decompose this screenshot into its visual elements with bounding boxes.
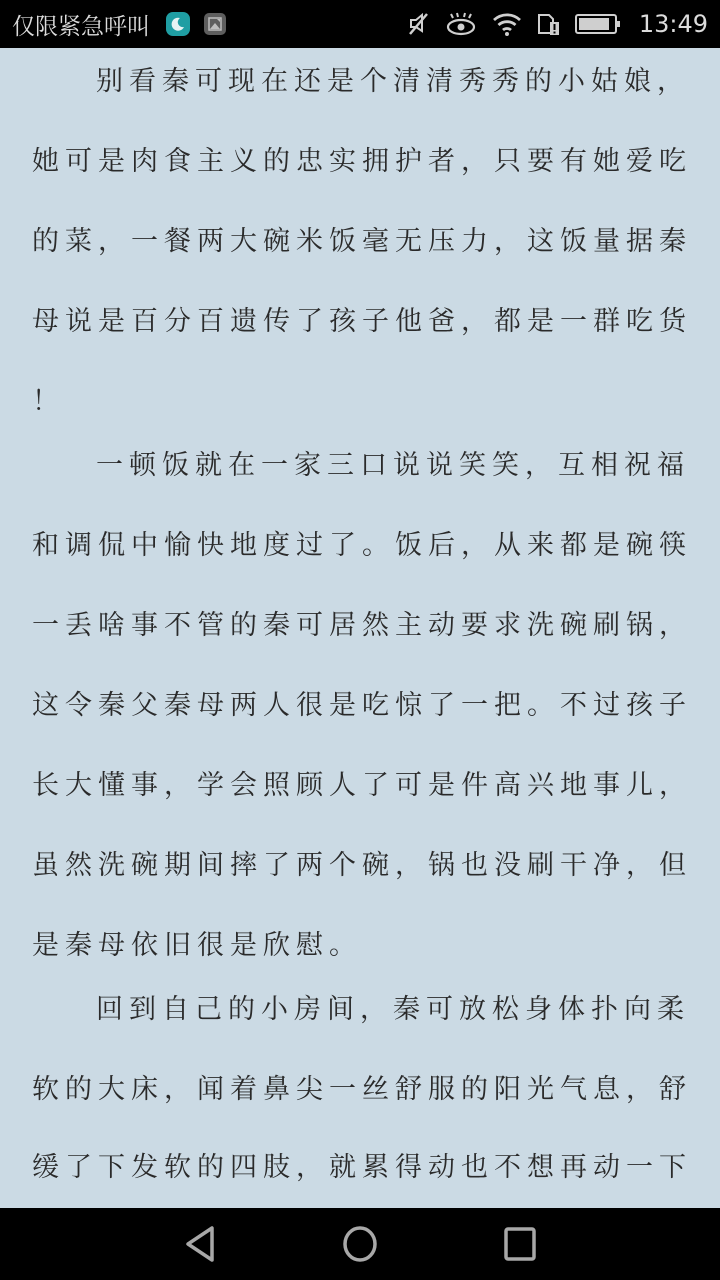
text-line: 回到自己的小房间，秦可放松身体扑向柔 (96, 990, 720, 1030)
battery-icon (575, 11, 621, 37)
wifi-icon (491, 11, 523, 37)
status-left: 仅限紧急呼叫 (12, 0, 226, 48)
navigation-bar (0, 1208, 720, 1280)
text-line: 和调侃中愉快地度过了。饭后，从来都是碗筷 (32, 526, 692, 566)
text-line: ！ (32, 382, 692, 422)
reader-page[interactable]: 别看秦可现在还是个清清秀秀的小姑娘， 她可是肉食主义的忠实拥护者，只要有她爱吃 … (0, 48, 720, 1208)
text-line: 一丢啥事不管的秦可居然主动要求洗碗刷锅， (32, 606, 692, 646)
text-line: 长大懂事，学会照顾人了可是件高兴地事儿， (32, 766, 692, 806)
mute-icon (407, 11, 431, 37)
status-bar: 仅限紧急呼叫 (0, 0, 720, 48)
carrier-text: 仅限紧急呼叫 (12, 8, 150, 41)
text-line: 是秦母依旧很是欣慰。 (32, 926, 692, 966)
text-line: 这令秦父秦母两人很是吃惊了一把。不过孩子 (32, 686, 692, 726)
text-line: 一顿饭就在一家三口说说笑笑，互相祝福 (96, 446, 720, 486)
night-mode-icon (166, 12, 190, 36)
status-right: 13:49 (407, 0, 708, 48)
home-circle-icon (340, 1224, 380, 1264)
text-line: 的菜，一餐两大碗米饭毫无压力，这饭量据秦 (32, 222, 692, 262)
home-button[interactable] (330, 1220, 390, 1268)
text-line: 缓了下发软的四肢，就累得动也不想再动一下 (32, 1148, 692, 1188)
text-line: 她可是肉食主义的忠实拥护者，只要有她爱吃 (32, 142, 692, 182)
recents-button[interactable] (490, 1220, 550, 1268)
gallery-icon (204, 13, 226, 35)
clock: 13:49 (639, 10, 708, 38)
text-line: 母说是百分百遗传了孩子他爸，都是一群吃货 (32, 302, 692, 342)
text-line: 虽然洗碗期间摔了两个碗，锅也没刷干净，但 (32, 846, 692, 886)
text-line: 别看秦可现在还是个清清秀秀的小姑娘， (96, 62, 720, 102)
sim-alert-icon (537, 11, 561, 37)
back-button[interactable] (170, 1220, 230, 1268)
recents-square-icon (502, 1224, 538, 1264)
eye-comfort-icon (445, 11, 477, 37)
back-triangle-icon (182, 1224, 218, 1264)
text-line: 软的大床，闻着鼻尖一丝舒服的阳光气息，舒 (32, 1070, 692, 1110)
